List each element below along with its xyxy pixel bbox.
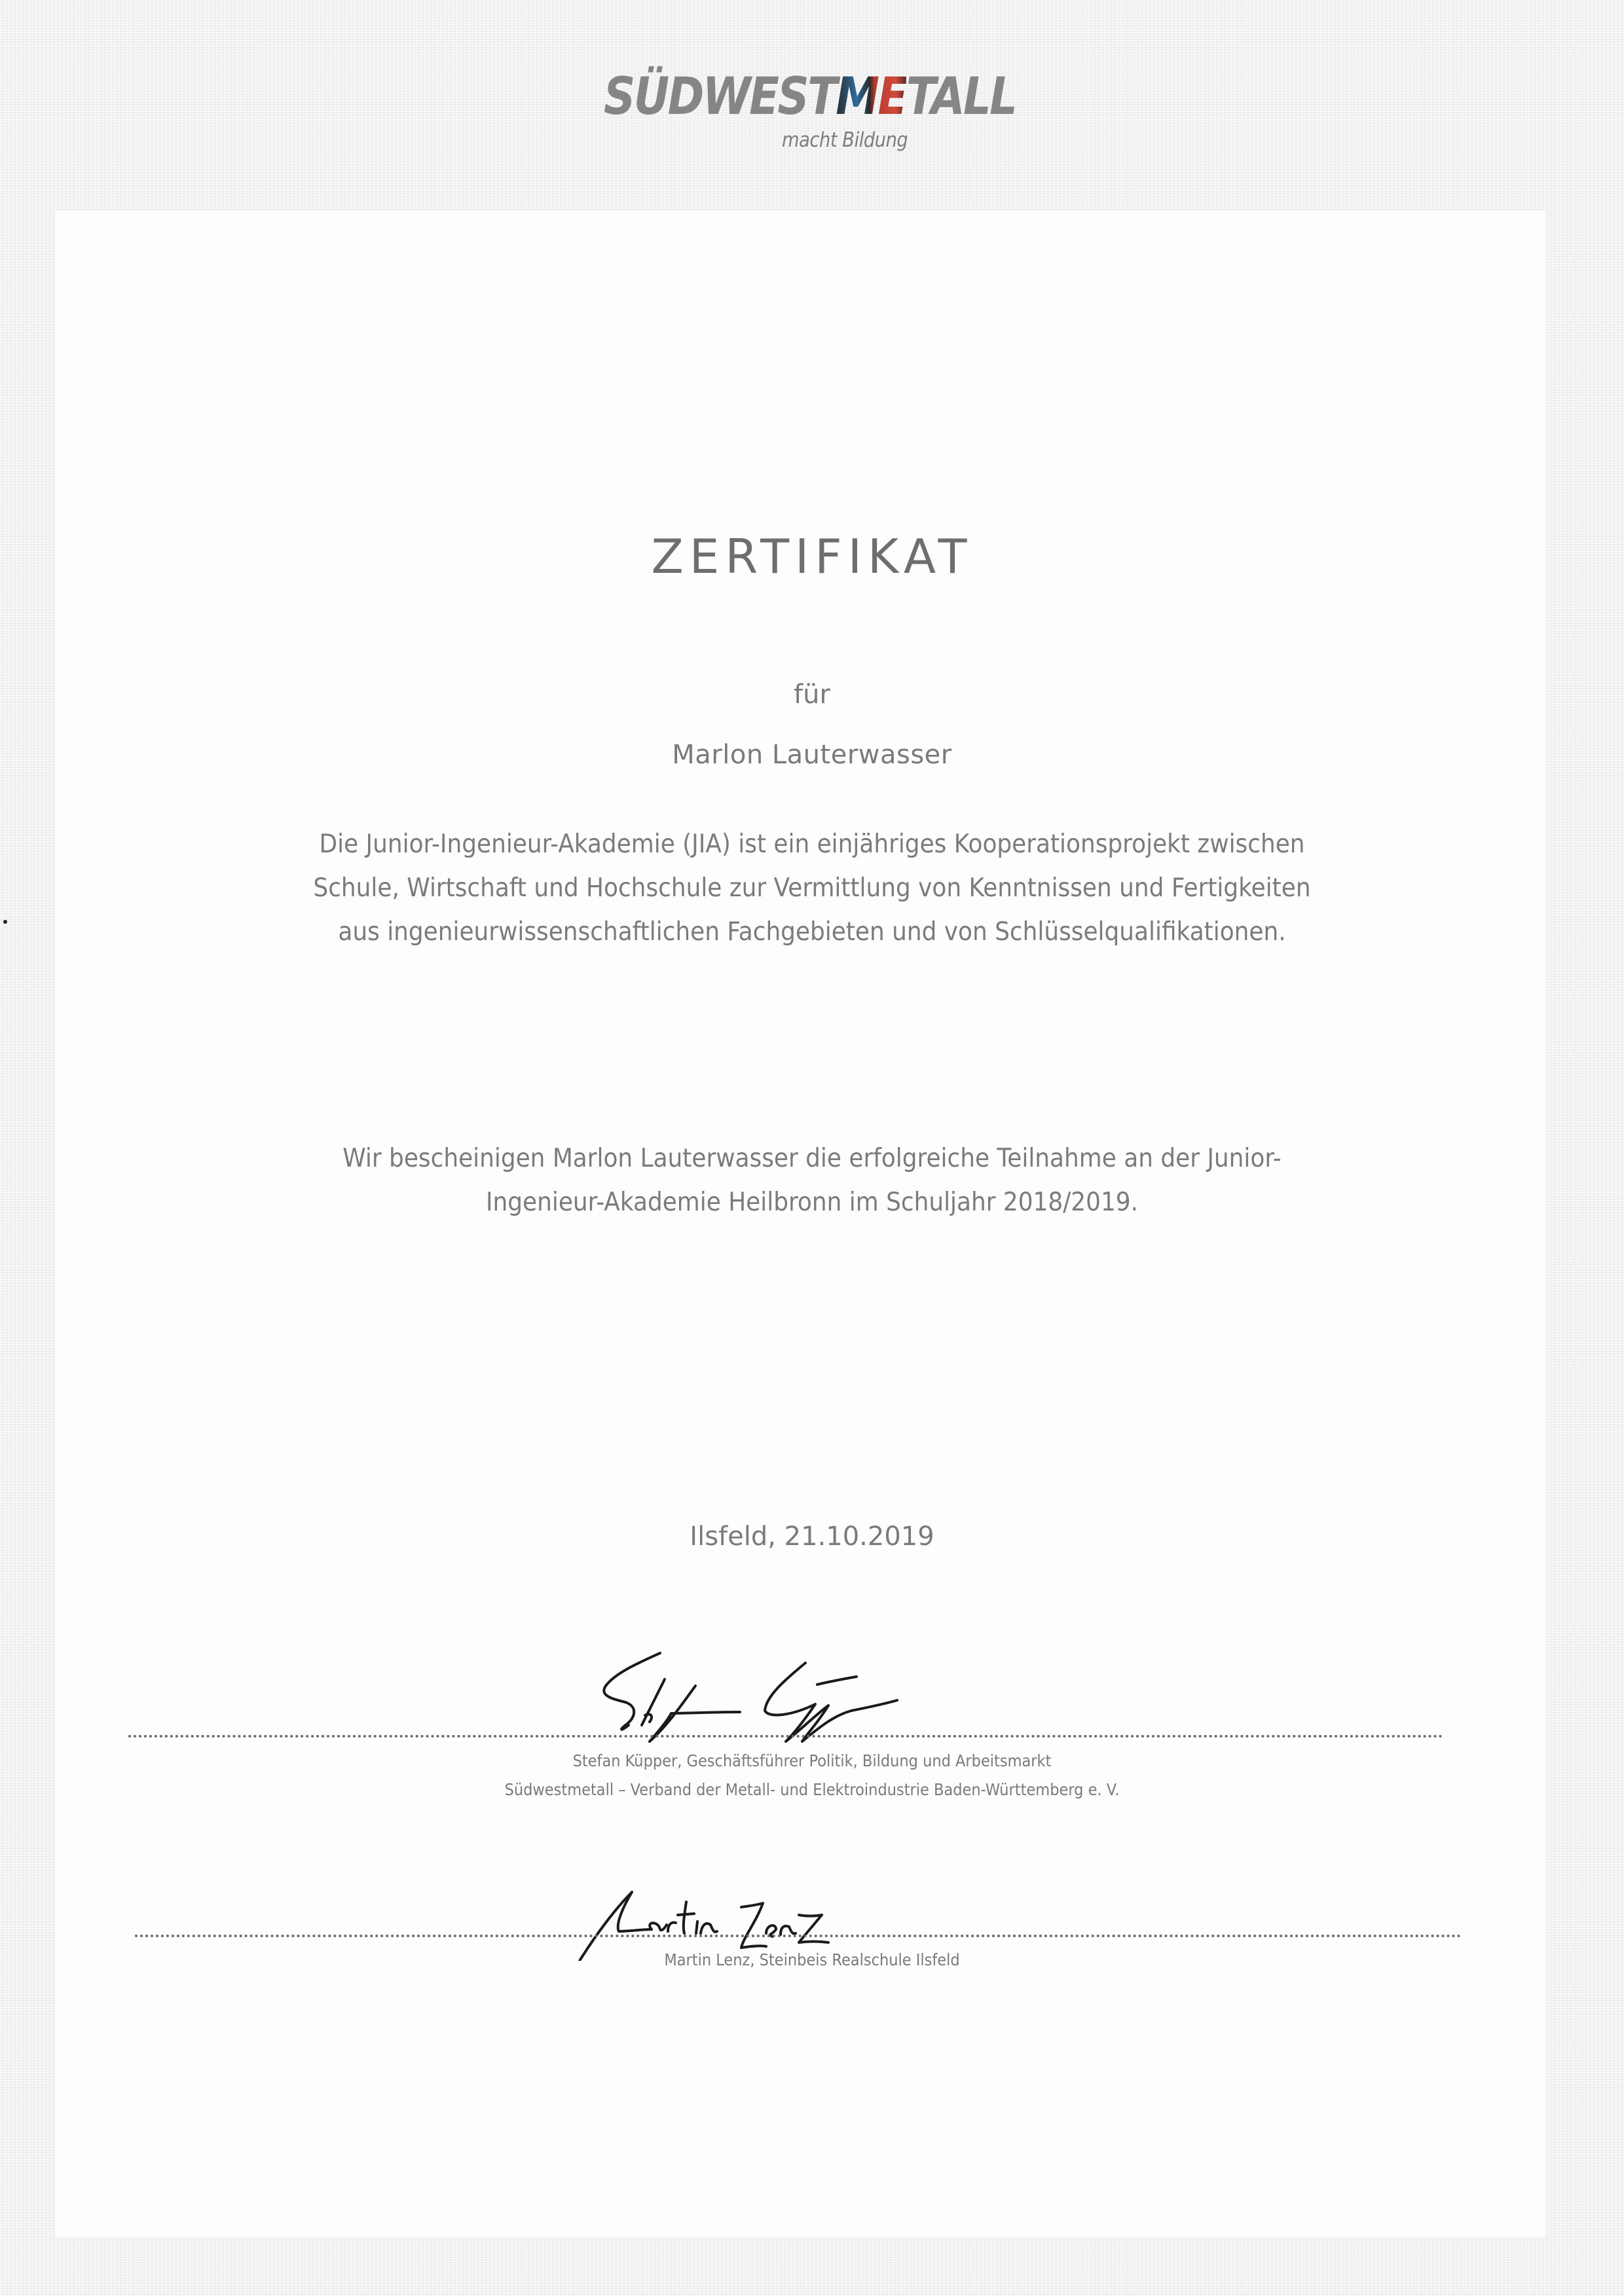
recipient-name: Marlon Lauterwasser xyxy=(0,740,1624,770)
suedwestmetall-logo: SÜDWESTMETALL macht Bildung xyxy=(604,71,1010,162)
description-line: Die Junior-Ingenieur-Akademie (JIA) ist … xyxy=(65,822,1559,866)
signatory-name-title: Stefan Küpper, Geschäftsführer Politik, … xyxy=(81,1747,1543,1776)
description-line: Schule, Wirtschaft und Hochschule zur Ve… xyxy=(65,866,1559,910)
logo-suffix: TALL xyxy=(906,67,1016,126)
program-description: Die Junior-Ingenieur-Akademie (JIA) ist … xyxy=(0,822,1624,954)
logo-wordmark: SÜDWESTMETALL xyxy=(604,71,1016,123)
for-label: für xyxy=(0,680,1624,710)
signature-stefan-kuepper-icon xyxy=(576,1633,995,1745)
signature-line xyxy=(135,1935,1462,1937)
confirmation-line: Ingenieur-Akademie Heilbronn im Schuljah… xyxy=(65,1180,1559,1224)
signatory-name-school: Martin Lenz, Steinbeis Realschule Ilsfel… xyxy=(81,1946,1543,1975)
signatory-caption: Stefan Küpper, Geschäftsführer Politik, … xyxy=(0,1747,1624,1804)
signatory-caption: Martin Lenz, Steinbeis Realschule Ilsfel… xyxy=(0,1946,1624,1975)
place-and-date: Ilsfeld, 21.10.2019 xyxy=(0,1522,1624,1552)
certificate-title: ZERTIFIKAT xyxy=(0,529,1624,584)
description-line: aus ingenieurwissenschaftlichen Fachgebi… xyxy=(65,910,1559,954)
logo-tagline: macht Bildung xyxy=(782,128,908,152)
logo-prefix: SÜDWEST xyxy=(604,67,836,126)
confirmation-line: Wir bescheinigen Marlon Lauterwasser die… xyxy=(65,1137,1559,1180)
participation-confirmation: Wir bescheinigen Marlon Lauterwasser die… xyxy=(0,1137,1624,1224)
scan-speck xyxy=(3,920,7,924)
logo-me-mark: ME xyxy=(836,71,906,123)
signatory-organization: Südwestmetall – Verband der Metall- und … xyxy=(81,1776,1543,1804)
signature-line xyxy=(128,1735,1443,1738)
